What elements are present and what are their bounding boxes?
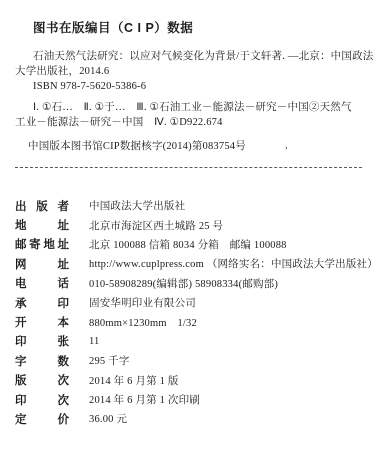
row-value: 11	[89, 336, 100, 347]
table-row-mailing-address: 邮寄地址 北京 100088 信箱 8034 分箱 邮编 100088	[15, 235, 362, 254]
row-value: 010-58908289(编辑部) 58908334(邮购部)	[89, 276, 278, 291]
table-row-website: 网址 http://www.cuplpress.com （网络实名：中国政法大学…	[15, 254, 362, 273]
description-line-1: 石油天然气法研究：以应对气候变化为背景/于文轩著. —北京：中国政法	[15, 49, 362, 64]
row-label: 出版者	[15, 198, 69, 214]
table-row-printing: 印次 2014 年 6 月第 1 次印刷	[15, 390, 362, 409]
row-label: 承印	[15, 295, 69, 311]
row-label: 印次	[15, 392, 69, 408]
classification-index: Ⅰ. ①石… Ⅱ. ①于… Ⅲ. ①石油工业－能源法－研究－中国②天然气 工业－…	[15, 100, 362, 130]
table-row-word-count: 字数 295 千字	[15, 351, 362, 370]
row-label: 字数	[15, 353, 69, 369]
cip-heading: 图书在版编目（C I P）数据	[15, 21, 362, 36]
row-value: 固安华明印业有限公司	[89, 295, 196, 310]
description-line-2: 大学出版社，2014.6	[15, 64, 362, 79]
row-label: 地址	[15, 217, 69, 233]
table-row-edition: 版次 2014 年 6 月第 1 版	[15, 371, 362, 390]
row-value: 北京 100088 信箱 8034 分箱 邮编 100088	[89, 237, 287, 252]
isbn-line: ISBN 978-7-5620-5386-6	[15, 79, 362, 94]
row-value: 中国政法大学出版社	[89, 198, 185, 213]
cip-record-number: 中国版本图书馆CIP数据核字(2014)第083754号	[15, 139, 362, 154]
dashed-divider	[15, 167, 362, 168]
row-label: 邮寄地址	[15, 236, 69, 252]
row-value: http://www.cuplpress.com （网络实名：中国政法大学出版社…	[89, 256, 375, 271]
row-label: 印张	[15, 333, 69, 349]
index-line-2: 工业－能源法－研究－中国 Ⅳ. ①D922.674	[15, 115, 362, 130]
table-row-format: 开本 880mm×1230mm 1/32	[15, 312, 362, 331]
row-label: 定价	[15, 411, 69, 427]
table-row-publisher: 出版者 中国政法大学出版社	[15, 196, 362, 215]
row-value: 2014 年 6 月第 1 版	[89, 373, 179, 388]
book-description: 石油天然气法研究：以应对气候变化为背景/于文轩著. —北京：中国政法 大学出版社…	[15, 49, 362, 94]
row-value: 880mm×1230mm 1/32	[89, 315, 197, 330]
row-value: 295 千字	[89, 353, 130, 368]
table-row-telephone: 电话 010-58908289(编辑部) 58908334(邮购部)	[15, 274, 362, 293]
cip-copyright-page: 图书在版编目（C I P）数据 石油天然气法研究：以应对气候变化为背景/于文轩著…	[0, 0, 375, 429]
row-label: 网址	[15, 256, 69, 272]
stray-ink-mark: ʼ	[284, 146, 287, 157]
row-value: 2014 年 6 月第 1 次印刷	[89, 392, 200, 407]
table-row-sheets: 印张 11	[15, 332, 362, 351]
colophon-table: 出版者 中国政法大学出版社 地址 北京市海淀区西土城路 25 号 邮寄地址 北京…	[15, 196, 362, 429]
row-value: 36.00 元	[89, 411, 127, 426]
row-label: 版次	[15, 372, 69, 388]
table-row-printer: 承印 固安华明印业有限公司	[15, 293, 362, 312]
row-label: 开本	[15, 314, 69, 330]
table-row-address: 地址 北京市海淀区西土城路 25 号	[15, 215, 362, 234]
row-label: 电话	[15, 275, 69, 291]
row-value: 北京市海淀区西土城路 25 号	[89, 218, 223, 233]
index-line-1: Ⅰ. ①石… Ⅱ. ①于… Ⅲ. ①石油工业－能源法－研究－中国②天然气	[15, 100, 362, 115]
table-row-price: 定价 36.00 元	[15, 409, 362, 428]
